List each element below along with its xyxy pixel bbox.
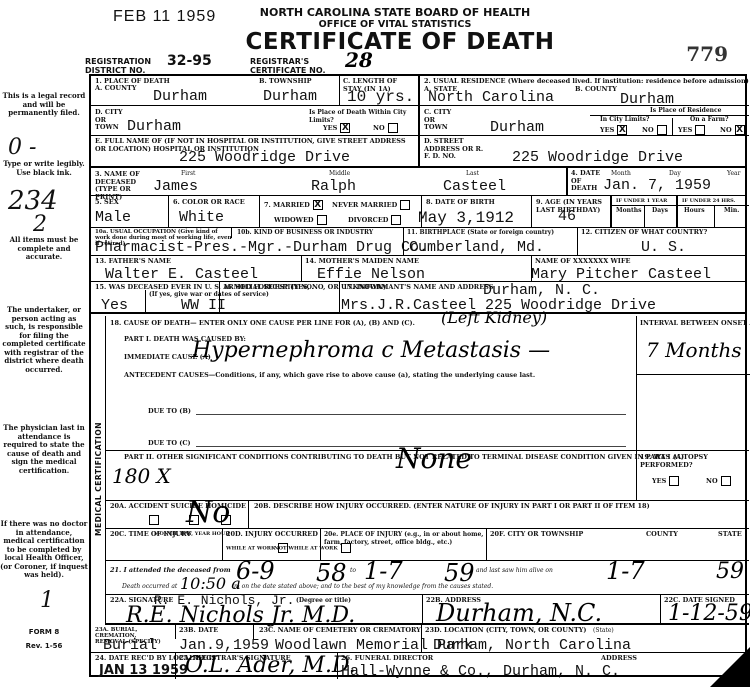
place-of-residence-label: Is Place of Residence	[650, 107, 722, 115]
burial-date-value: Jan.9,1959	[179, 637, 269, 654]
sidebar-handwritten-mark: 1	[40, 588, 54, 613]
widowed-checkbox[interactable]	[317, 215, 327, 225]
length-of-stay-value: 10 yrs.	[347, 88, 414, 106]
widowed-option[interactable]: WIDOWED	[274, 215, 327, 225]
township-label: b. TOWNSHIP	[259, 78, 312, 86]
mother-maiden-name-value: Effie Nelson	[317, 266, 425, 283]
registration-row: 24. DATE REC'D BY LOCAL REG. JAN 13 1959…	[91, 653, 745, 679]
sex-label: 5. SEX	[95, 199, 119, 207]
residence-county-label: b. COUNTY	[575, 86, 617, 94]
in-city-yes-checkbox[interactable]: X	[617, 125, 627, 135]
last-name-label: Last	[466, 170, 479, 178]
on-farm-label: On a Farm?	[690, 116, 729, 124]
accident-value: No	[186, 495, 230, 530]
accident-checkbox[interactable]	[149, 515, 159, 525]
certificate-form: 1. PLACE OF DEATH a. COUNTY Durham b. TO…	[89, 74, 747, 677]
months-label: Months	[616, 207, 642, 215]
autopsy-no-option[interactable]: NO	[706, 476, 731, 486]
in-city-limits-label: In City Limits?	[600, 116, 649, 124]
business-label: 10b. KIND OF BUSINESS OR INDUSTRY	[237, 229, 373, 237]
cause-of-death-label: 18. CAUSE OF DEATH— ENTER ONLY ONE CAUSE…	[110, 320, 415, 328]
place-of-death-section: 1. PLACE OF DEATH a. COUNTY Durham b. TO…	[91, 76, 420, 166]
registrar-signature: O.L. Ader, M.D.	[185, 653, 356, 678]
sex-value: Male	[95, 209, 131, 226]
citizenship-label: 12. CITIZEN OF WHAT COUNTRY?	[581, 229, 707, 237]
injury-occurred-label: 20d. INJURY OCCURRED	[226, 531, 318, 539]
first-name-label: First	[181, 170, 195, 178]
spouse-name-value: Mary Pitcher Casteel	[531, 266, 711, 283]
married-checkbox[interactable]: X	[313, 200, 323, 210]
sidebar-legibility-note: Type or write legibly. Use black ink.	[0, 160, 88, 177]
death-city-value: Durham	[127, 118, 181, 135]
sidebar-legal-note: This is a legal record and will be perma…	[0, 92, 88, 118]
place-residence-block: 1. PLACE OF DEATH a. COUNTY Durham b. TO…	[91, 76, 745, 168]
never-married-checkbox[interactable]	[400, 200, 410, 210]
signature-row: 22a. SIGNATURE R. E. Nichols, Jr. (Degre…	[105, 595, 749, 625]
last-saw-year: 59	[716, 559, 744, 584]
sidebar-handwritten-digit: 2	[33, 212, 47, 237]
due-to-c-label: DUE TO (c)	[148, 440, 191, 448]
form-number: FORM 8	[0, 628, 88, 637]
age-value: 46	[558, 208, 576, 225]
date-of-death-label: 4. DATE OF DEATH	[571, 170, 601, 193]
occupation-business-value: Pharmacist-Pres.-Mgr.-Durham Drug Co.	[95, 239, 428, 256]
minutes-label: Min.	[724, 207, 739, 215]
document-title: CERTIFICATE OF DEATH	[0, 29, 750, 55]
registration-district-label: REGISTRATION DISTRICT NO.	[85, 57, 160, 75]
interval-label: INTERVAL BETWEEN ONSET AND DEATH	[640, 320, 750, 328]
date-of-birth-label: 8. DATE OF BIRTH	[426, 199, 495, 207]
birthplace-value: Cumberland, Md.	[409, 239, 544, 256]
injury-county-label: COUNTY	[646, 531, 678, 539]
place-of-injury-label: 20e. PLACE OF INJURY (e.g., in or about …	[324, 531, 484, 546]
farm-yes-option[interactable]: YES	[678, 125, 705, 135]
injury-description-label: 20b. DESCRIBE HOW INJURY OCCURRED. (Ente…	[254, 503, 650, 511]
medical-certification-label: MEDICAL CERTIFICATION	[94, 422, 103, 536]
date-signed-value: 1-12-59	[668, 601, 750, 626]
margin-note: 180 X	[112, 464, 171, 488]
autopsy-yes-option[interactable]: YES	[652, 476, 679, 486]
hospital-value: 225 Woodridge Drive	[179, 149, 350, 166]
divorced-option[interactable]: DIVORCED	[348, 215, 401, 225]
city-limits-no-checkbox[interactable]	[388, 123, 398, 133]
county-label: a. COUNTY	[95, 85, 137, 93]
medical-certification-section: 18. CAUSE OF DEATH— ENTER ONLY ONE CAUSE…	[105, 316, 749, 576]
residence-city-value: Durham	[490, 119, 544, 136]
sidebar-completeness-note: All items must be complete and accurate.	[0, 236, 88, 262]
informant-label: 17. INFORMANT'S NAME AND ADDRESS	[343, 284, 493, 292]
physician-address-value: Durham, N.C.	[436, 599, 602, 627]
autopsy-label: 19. WAS AUTOPSY PERFORMED?	[640, 454, 745, 469]
page-corner	[710, 647, 750, 687]
city-limits-question: Is Place of Death Within City Limits?	[309, 109, 414, 124]
middle-name-value: Ralph	[311, 178, 356, 195]
last-saw-value: 1-7	[606, 557, 645, 585]
residence-city-label: c. CITY OR TOWN	[424, 109, 454, 132]
sidebar-no-doctor-note: If there was no doctor in attendance, me…	[0, 520, 88, 580]
city-limits-yes-option[interactable]: YESX	[323, 123, 350, 133]
due-to-b-label: DUE TO (b)	[148, 408, 191, 416]
last-saw-label: and last saw him alive on	[476, 567, 553, 575]
date-of-birth-value: May 3,1912	[418, 209, 514, 227]
city-limits-no-option[interactable]: NO	[373, 123, 398, 133]
street-address-value: 225 Woodridge Drive	[512, 149, 683, 166]
usual-residence-section: 2. USUAL RESIDENCE (Where deceased lived…	[420, 76, 749, 166]
interval-value: 7 Months	[646, 338, 742, 362]
funeral-director-label: 26. FUNERAL DIRECTOR	[341, 655, 433, 663]
deceased-name-row: 3. NAME OF DECEASED (Type or Print) Firs…	[91, 168, 745, 196]
armed-forces-value: Yes	[101, 297, 128, 314]
death-occurred-statement: m on the date stated above; and to the b…	[234, 583, 493, 591]
never-married-option[interactable]: NEVER MARRIED	[332, 200, 410, 210]
burial-row: 23a. BURIAL, CREMATION, REMOVAL (Specify…	[91, 625, 745, 653]
farm-yes-checkbox[interactable]	[695, 125, 705, 135]
date-of-death-value: Jan. 7, 1959	[603, 177, 711, 194]
last-name-value: Casteel	[443, 178, 506, 195]
year-label: Year	[727, 170, 740, 178]
funeral-address-label: ADDRESS	[601, 655, 637, 663]
registration-district-value: 32-95	[167, 53, 212, 69]
death-township-value: Durham	[263, 88, 317, 105]
agency-name: NORTH CAROLINA STATE BOARD OF HEALTH	[0, 6, 750, 19]
cemetery-label: 23c. NAME OF CEMETERY OR CREMATORY	[259, 627, 421, 635]
race-label: 6. COLOR OR RACE	[173, 199, 245, 207]
funeral-director-value: Hall-Wynne & Co., Durham, N. C.	[341, 663, 620, 680]
days-label: Days	[652, 207, 668, 215]
sidebar-handwritten-code: 0 -	[8, 135, 36, 160]
injury-city-label: 20f. CITY OR TOWNSHIP	[490, 531, 583, 539]
service-informant-row: 15. WAS DECEASED EVER IN U. S. ARMED FOR…	[91, 282, 745, 314]
cause-annotation: (Left Kidney)	[441, 308, 547, 327]
city-limits-yes-checkbox[interactable]: X	[340, 123, 350, 133]
spouse-name-label: NAME OF XXXXXXX WIFE	[535, 258, 630, 266]
farm-no-checkbox[interactable]: X	[735, 125, 745, 135]
immediate-cause-value: Hypernephroma c Metastasis —	[192, 338, 550, 363]
death-time-value: 10:50 a	[180, 574, 241, 593]
autopsy-yes-checkbox[interactable]	[669, 476, 679, 486]
time-of-injury-sublabel: MONTH, DAY, YEAR HOUR	[154, 531, 230, 539]
vital-details-row: 5. SEX Male 6. COLOR OR RACE White 7. MA…	[91, 196, 745, 228]
disposition-value: Burial	[103, 637, 157, 654]
married-option[interactable]: 7. MARRIEDX	[264, 200, 323, 210]
in-city-yes-option[interactable]: YESX	[600, 125, 627, 135]
farm-no-option[interactable]: NOX	[720, 125, 745, 135]
burial-location-label: 23d. LOCATION (City, town, or county)	[425, 627, 586, 635]
part-two-value: None	[396, 442, 472, 475]
burial-date-label: 23b. DATE	[179, 627, 218, 635]
burial-location-value: Durham, North Carolina	[433, 637, 631, 654]
social-security-label: 16. SOCIAL SECURITY NO.	[223, 284, 314, 292]
birthplace-label: 11. BIRTHPLACE (State or foreign country…	[407, 229, 554, 237]
death-county-value: Durham	[153, 88, 207, 105]
attended-to-value: 1-7	[364, 557, 403, 585]
to-label: to	[350, 567, 356, 575]
parents-row: 13. FATHER'S NAME Walter E. Casteel 14. …	[91, 256, 745, 282]
occupation-row: 10a. USUAL OCCUPATION (Give kind of work…	[91, 228, 745, 256]
registrar-certificate-label: REGISTRAR'S CERTIFICATE NO.	[250, 57, 340, 75]
in-city-no-checkbox[interactable]	[657, 125, 667, 135]
registrar-certificate-value: 28	[345, 48, 373, 72]
citizenship-value: U. S.	[641, 239, 686, 256]
autopsy-no-checkbox[interactable]	[721, 476, 731, 486]
race-value: White	[179, 209, 224, 226]
certificate-number: 779	[686, 42, 728, 66]
death-city-label: d. CITY OR TOWN	[95, 109, 125, 132]
mother-maiden-name-label: 14. MOTHER'S MAIDEN NAME	[305, 258, 419, 266]
hours-label: Hours	[684, 207, 705, 215]
sidebar-undertaker-note: The undertaker, or person acting as such…	[0, 306, 88, 374]
father-name-label: 13. FATHER'S NAME	[95, 258, 171, 266]
injury-state-label: STATE	[718, 531, 742, 539]
middle-name-label: Middle	[329, 170, 350, 178]
burial-state-label: (State)	[593, 627, 614, 635]
antecedent-causes-label: ANTECEDENT CAUSES—Conditions, if any, wh…	[124, 372, 535, 380]
sidebar-physician-note: The physician last in attendance is requ…	[0, 424, 88, 475]
death-occurred-label: Death occurred at	[122, 583, 177, 591]
attendance-row: 21. I attended the deceased from 6-9 58 …	[105, 561, 749, 595]
first-name-value: James	[153, 178, 198, 195]
attended-from-value: 6-9	[236, 557, 275, 585]
street-address-label: d. STREET ADDRESS or R. F. D. NO.	[424, 138, 484, 161]
divorced-checkbox[interactable]	[391, 215, 401, 225]
form-revision: Rev. 1-56	[0, 642, 88, 651]
in-city-no-option[interactable]: NO	[642, 125, 667, 135]
father-name-value: Walter E. Casteel	[105, 266, 258, 283]
residence-state-value: North Carolina	[428, 89, 554, 106]
